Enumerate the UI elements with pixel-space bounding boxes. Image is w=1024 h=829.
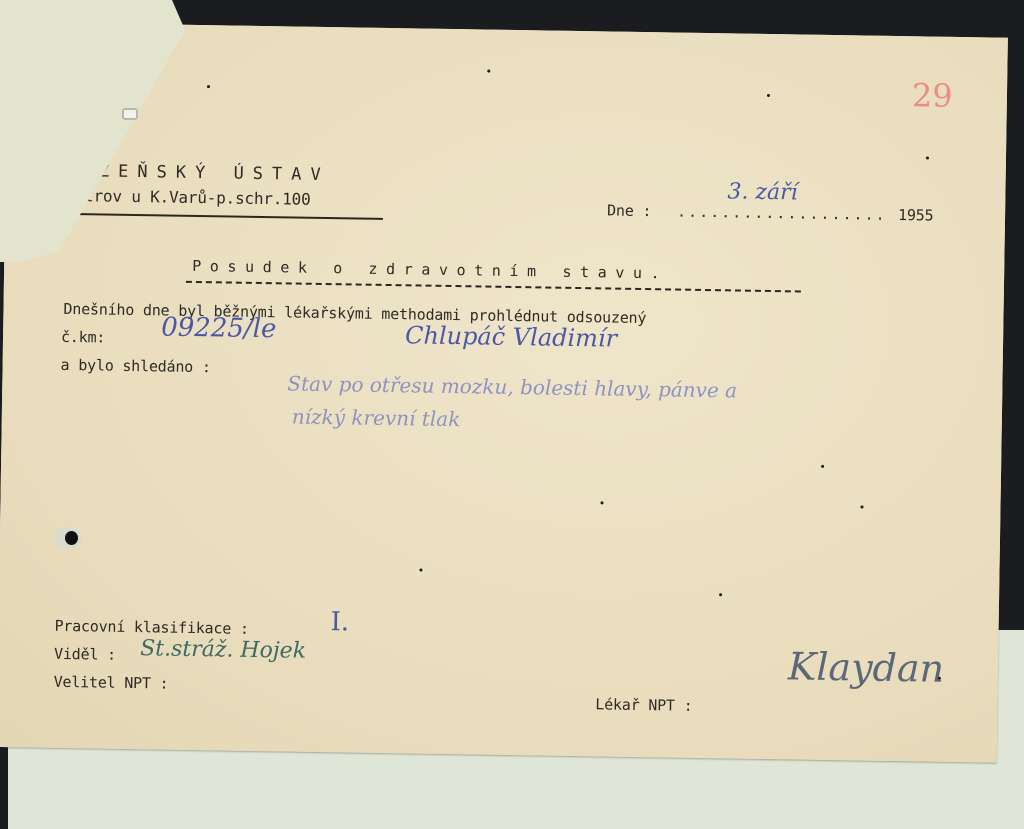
staple (122, 108, 138, 120)
seen-by-signature: St.stráž. Hojek (140, 636, 306, 664)
medical-report-sheet: 29 ĚZEŇSKÝ ÚSTAV Ostrov u K.Varů-p.schr.… (0, 22, 1008, 763)
classification-label: Pracovní klasifikace : (54, 617, 249, 638)
institution-name: ĚZEŇSKÝ ÚSTAV (80, 161, 330, 185)
date-handwritten-day: 3. září (727, 179, 798, 205)
ink-speck (926, 156, 929, 159)
date-dots: ................... (677, 203, 887, 224)
ink-speck (821, 465, 824, 468)
institution-address: Ostrov u K.Varů-p.schr.100 (65, 186, 311, 209)
date-year: 1955 (898, 206, 934, 225)
number-label: č.km: (61, 328, 105, 347)
punch-hole (54, 527, 82, 549)
doctor-label: Lékař NPT : (595, 695, 692, 715)
header-underline (65, 213, 383, 220)
seen-label: Viděl : (54, 645, 116, 664)
ink-speck (719, 593, 722, 596)
date-label: Dne : (607, 201, 651, 220)
prisoner-number: 09225/le (161, 312, 277, 344)
ink-speck (938, 677, 941, 680)
finding-line-1: Stav po otřesu mozku, bolesti hlavy, pán… (287, 371, 737, 402)
ink-speck (767, 94, 770, 97)
commander-label: Velitel NPT : (54, 673, 169, 693)
ink-speck (600, 501, 603, 504)
ink-speck (419, 569, 422, 572)
title-underline (186, 281, 801, 293)
finding-label: a bylo shledáno : (60, 356, 210, 376)
doctor-signature: Klaydan (788, 644, 945, 690)
classification-value: I. (330, 607, 349, 637)
page-number: 29 (912, 76, 953, 115)
ink-speck (860, 505, 863, 508)
finding-line-2: nízký krevní tlak (292, 405, 461, 432)
prisoner-name: Chlupáč Vladimír (405, 321, 617, 352)
document-title: Posudek o zdravotním stavu. (192, 257, 668, 282)
ink-speck (487, 70, 490, 73)
ink-speck (207, 85, 210, 88)
